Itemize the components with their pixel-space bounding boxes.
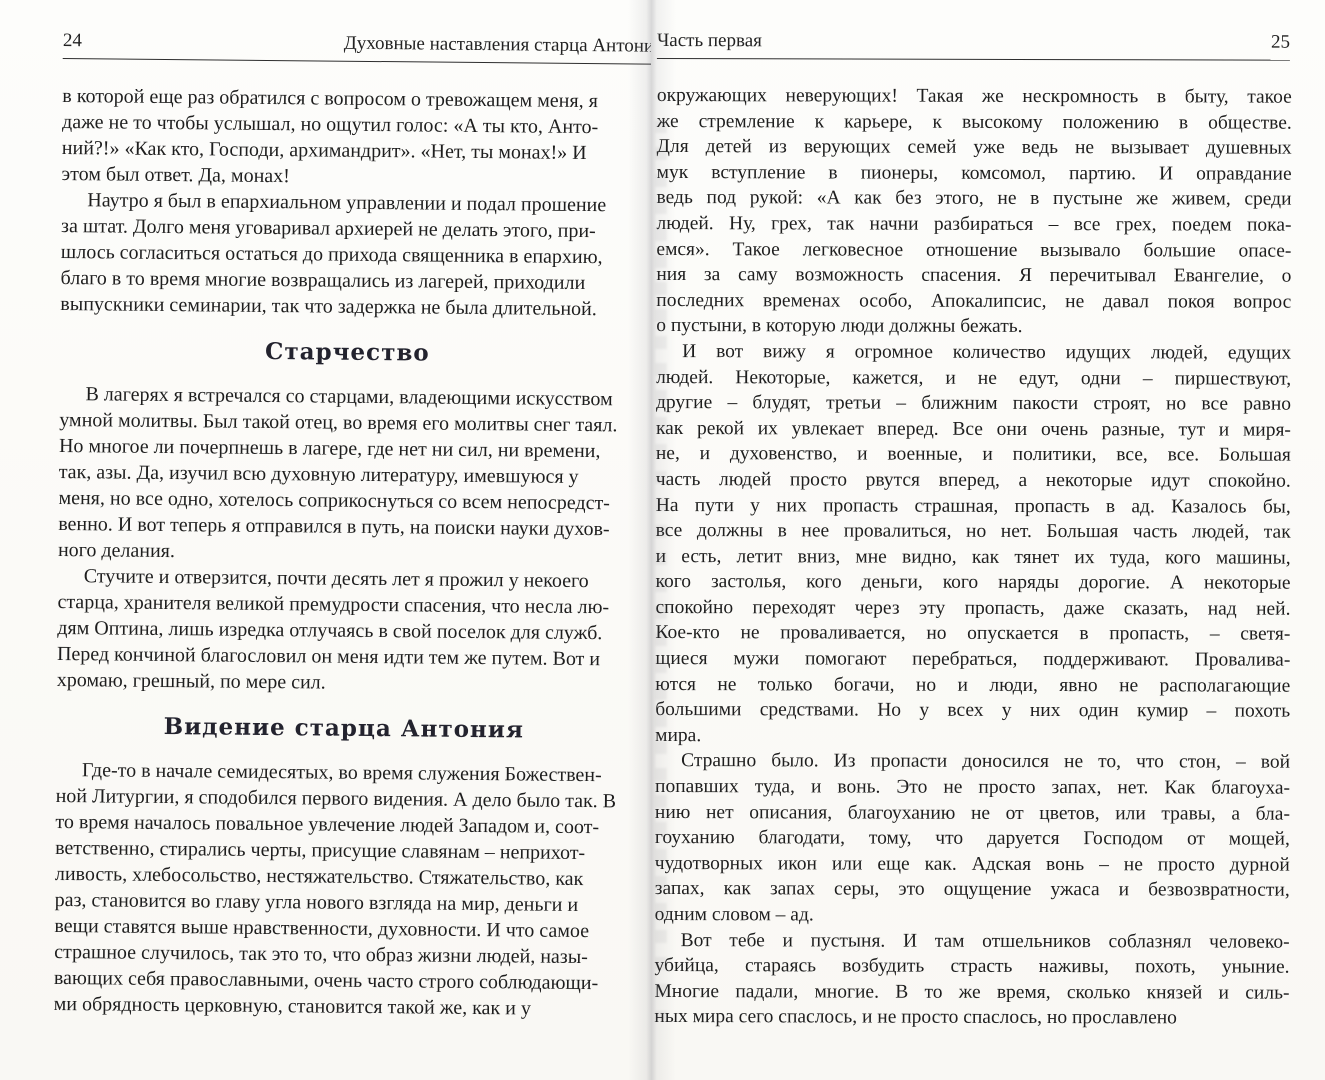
open-book-spread: 24 Духовные наставления старца Антония в… xyxy=(0,0,1325,1080)
text-line: емся». Такое легковесное отношение вызыв… xyxy=(656,237,1291,264)
text-line: людей. Ну, грех, так начни разбираться –… xyxy=(656,211,1291,238)
paragraph: Стучите и отверзится, почти десять лет я… xyxy=(57,563,651,699)
text-line: часть людей просто рвутся вперед, а неко… xyxy=(656,467,1291,494)
paragraph: Наутро я был в епархиальном управлении и… xyxy=(60,187,651,323)
text-line: Для детей из верующих семей уже ведь не … xyxy=(657,134,1292,161)
paragraph: В лагерях я встречался со старцами, влад… xyxy=(58,381,651,569)
left-page-content: 24 Духовные наставления старца Антония в… xyxy=(54,30,651,1023)
text-line: большими средствами. Но у всех у них оди… xyxy=(655,697,1290,724)
text-line: мира. xyxy=(655,723,1290,750)
text-line: убийца, стараясь возбудить страсть нажив… xyxy=(655,953,1290,980)
text-line: гоуханию благодати, тому, что даруется Г… xyxy=(655,825,1290,852)
paragraph: И вот вижу я огромное количество идущих … xyxy=(655,339,1291,750)
page-number-right: 25 xyxy=(1271,32,1290,54)
paragraph: в которой еще раз обратился с вопросом о… xyxy=(61,83,651,193)
text-line: Многие падали, многие. В то же время, ск… xyxy=(654,979,1289,1006)
text-line: На пути у них пропасть страшная, пропаст… xyxy=(656,492,1291,519)
text-line: выпускники семинарии, так что задержка н… xyxy=(60,291,651,323)
text-line: Кое-кто не проваливается, но опускается … xyxy=(655,620,1290,647)
text-line: же стремление к карьере, к высокому поло… xyxy=(657,109,1292,136)
running-title-left: Духовные наставления старца Антония xyxy=(344,33,651,58)
page-number-left: 24 xyxy=(63,30,82,52)
text-line: спокойно переходят через эту пропасть, д… xyxy=(655,595,1290,622)
text-line: ния за саму возможность спасения. Я пере… xyxy=(656,262,1291,289)
text-line: ются не только богачи, но и люди, явно н… xyxy=(655,672,1290,699)
text-line: нию нет описания, благоуханию не от цвет… xyxy=(655,800,1290,827)
paragraph: Страшно было. Из пропасти доносился не т… xyxy=(655,748,1290,929)
text-line: щиеся мужи помогают перебраться, поддерж… xyxy=(655,646,1290,673)
left-page-body: в которой еще раз обратился с вопросом о… xyxy=(54,83,651,1023)
text-line: и есть, летит вниз, мне видно, как тянет… xyxy=(656,544,1291,571)
text-line: другие – блудят, третьи – ближним пакост… xyxy=(656,390,1291,417)
text-line: все должны в нее провалиться, но нет. Бо… xyxy=(656,518,1291,545)
text-line: Страшно было. Из пропасти доносился не т… xyxy=(655,748,1290,775)
text-line: последних временах особо, Апокалипсис, н… xyxy=(656,288,1291,315)
text-line: о пустыни, в которую люди должны бежать. xyxy=(656,313,1291,340)
right-page-body: окружающих неверующих! Такая же нескромн… xyxy=(654,83,1291,1032)
right-page-content: Часть первая 25 окружающих неверующих! Т… xyxy=(654,30,1292,1032)
running-title-right: Часть первая xyxy=(657,30,762,52)
text-line: кого застолья, кого деньги, кого наряды … xyxy=(656,569,1291,596)
text-line: И вот вижу я огромное количество идущих … xyxy=(656,339,1291,366)
section-heading: Видение старца Антония xyxy=(56,711,631,747)
text-line: ных мира сего спаслось, и не просто спас… xyxy=(654,1004,1289,1031)
paragraph: окружающих неверующих! Такая же нескромн… xyxy=(656,83,1292,341)
right-page-header: Часть первая 25 xyxy=(657,30,1290,61)
text-line: окружающих неверующих! Такая же нескромн… xyxy=(657,83,1292,110)
text-line: запах, как запах серы, это ощущение ужас… xyxy=(655,876,1290,903)
text-line: ведь под рукой: «А как без этого, не в п… xyxy=(657,185,1292,212)
text-line: людей. Некоторые, кажется, и не едут, од… xyxy=(656,365,1291,392)
paragraph: Где-то в начале семидесятых, во время сл… xyxy=(54,757,651,1023)
text-line: Вот тебе и пустыня. И там отшельников со… xyxy=(655,928,1290,955)
text-line: как рекой их увлекает вперед. Все они оч… xyxy=(656,416,1291,443)
text-line: не, и духовенство, и военные, и политики… xyxy=(656,441,1291,468)
text-line: мук вступление в пионеры, комсомол, парт… xyxy=(657,160,1292,187)
text-line: попавших туда, и вонь. Это не просто зап… xyxy=(655,774,1290,801)
left-page: 24 Духовные наставления старца Антония в… xyxy=(0,0,651,1080)
text-line: чудотворных икон или еще как. Адская вон… xyxy=(655,851,1290,878)
section-heading: Старчество xyxy=(60,335,635,371)
text-line: одним словом – ад. xyxy=(655,902,1290,929)
left-page-header: 24 Духовные наставления старца Антония xyxy=(63,30,651,65)
right-page: Часть первая 25 окружающих неверующих! Т… xyxy=(651,0,1325,1080)
paragraph: Вот тебе и пустыня. И там отшельников со… xyxy=(654,928,1289,1032)
